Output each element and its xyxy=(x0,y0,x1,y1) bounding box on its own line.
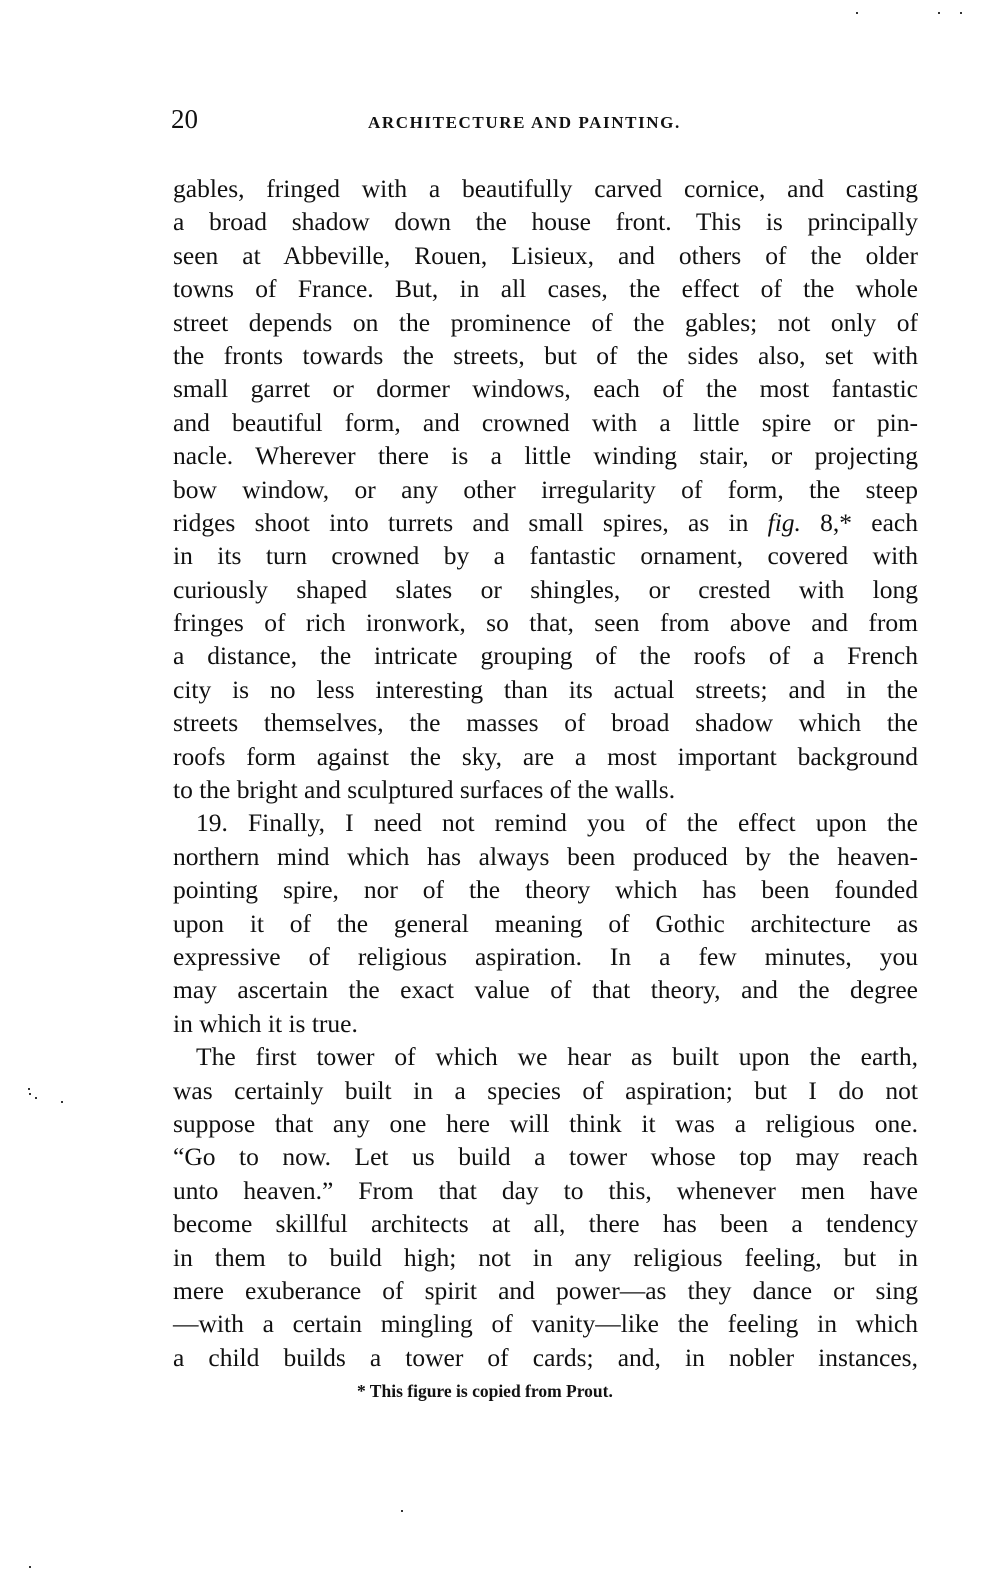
scan-speck xyxy=(960,12,962,14)
text-line: seen at Abbeville, Rouen, Lisieux, and o… xyxy=(173,239,918,272)
text-line: bow window, or any other irregularity of… xyxy=(173,473,918,506)
text-line: roofs form against the sky, are a most i… xyxy=(173,740,918,773)
text-line: a child builds a tower of cards; and, in… xyxy=(173,1341,918,1374)
text-line: in them to build high; not in any religi… xyxy=(173,1241,918,1274)
text-line: expressive of religious aspiration. In a… xyxy=(173,940,918,973)
scan-speck xyxy=(29,1093,31,1095)
text-line: —with a certain mingling of vanity—like … xyxy=(173,1307,918,1340)
text-line: pointing spire, nor of the theory which … xyxy=(173,873,918,906)
scan-speck xyxy=(35,1097,37,1099)
scan-speck xyxy=(938,12,940,14)
text-line: a distance, the intricate grouping of th… xyxy=(173,639,918,672)
text-line: mere exuberance of spirit and power—as t… xyxy=(173,1274,918,1307)
text-line: and beautiful form, and crowned with a l… xyxy=(173,406,918,439)
text-line: become skillful architects at all, there… xyxy=(173,1207,918,1240)
text-line: ridges shoot into turrets and small spir… xyxy=(173,506,918,539)
text-line: nacle. Wherever there is a little windin… xyxy=(173,439,918,472)
text-line: northern mind which has always been prod… xyxy=(173,840,918,873)
text-segment: ridges shoot into turrets and small spir… xyxy=(173,508,768,537)
text-line: The first tower of which we hear as buil… xyxy=(173,1040,918,1073)
text-line: unto heaven.” From that day to this, whe… xyxy=(173,1174,918,1207)
text-line: small garret or dormer windows, each of … xyxy=(173,372,918,405)
scan-speck xyxy=(856,12,858,14)
text-line: towns of France. But, in all cases, the … xyxy=(173,272,918,305)
footnote: * This figure is copied from Prout. xyxy=(357,1379,721,1403)
text-line: was certainly built in a species of aspi… xyxy=(173,1074,918,1107)
text-line: curiously shaped slates or shingles, or … xyxy=(173,573,918,606)
body-text: gables, fringed with a beautifully carve… xyxy=(173,172,918,1374)
figure-reference: fig. xyxy=(768,508,801,537)
scan-speck xyxy=(28,1088,30,1090)
scan-speck xyxy=(61,1101,63,1103)
text-line: streets themselves, the masses of broad … xyxy=(173,706,918,739)
text-line: “Go to now. Let us build a tower whose t… xyxy=(173,1140,918,1173)
text-line: upon it of the general meaning of Gothic… xyxy=(173,907,918,940)
text-line: in its turn crowned by a fantastic ornam… xyxy=(173,539,918,572)
text-line: to the bright and sculptured surfaces of… xyxy=(173,773,918,806)
text-line: the fronts towards the streets, but of t… xyxy=(173,339,918,372)
text-line: in which it is true. xyxy=(173,1007,918,1040)
book-page: 20 ARCHITECTURE AND PAINTING. gables, fr… xyxy=(0,0,1000,1582)
text-line: 19. Finally, I need not remind you of th… xyxy=(173,806,918,839)
scan-speck xyxy=(29,1566,31,1568)
page-number: 20 xyxy=(171,104,198,134)
text-segment: 8,* each xyxy=(801,508,918,537)
text-line: gables, fringed with a beautifully carve… xyxy=(173,172,918,205)
running-header: ARCHITECTURE AND PAINTING. xyxy=(368,111,720,135)
text-line: a broad shadow down the house front. Thi… xyxy=(173,205,918,238)
text-line: suppose that any one here will think it … xyxy=(173,1107,918,1140)
scan-speck xyxy=(401,1510,403,1512)
text-line: city is no less interesting than its act… xyxy=(173,673,918,706)
text-line: street depends on the prominence of the … xyxy=(173,306,918,339)
text-line: may ascertain the exact value of that th… xyxy=(173,973,918,1006)
text-line: fringes of rich ironwork, so that, seen … xyxy=(173,606,918,639)
